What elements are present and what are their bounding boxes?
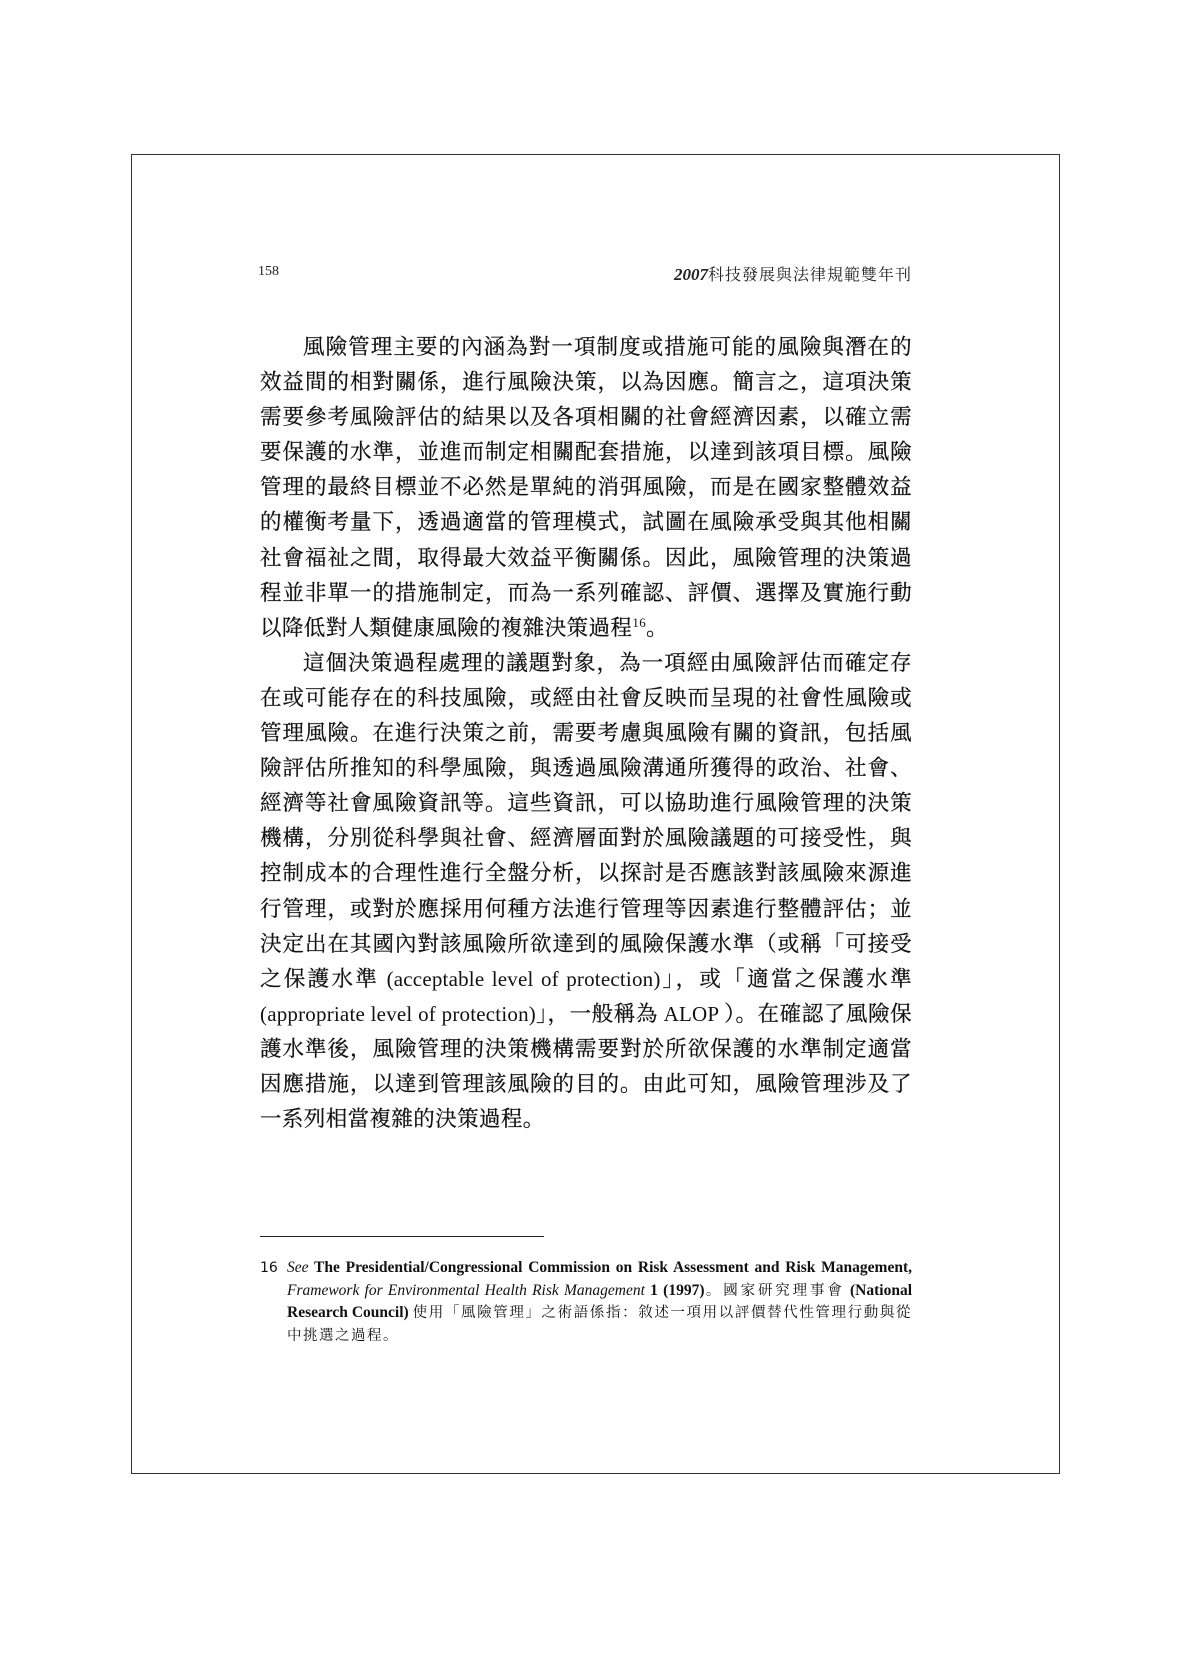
footnote-16: 16 See The Presidential/Congressional Co…: [260, 1257, 912, 1347]
paragraph-1-text: 風險管理主要的內涵為對一項制度或措施可能的風險與潛在的效益間的相對關係，進行風險…: [260, 335, 912, 641]
paragraph-2-latin1: (acceptable level of protection): [379, 967, 660, 991]
running-header: 158 2007科技發展與法律規範雙年刊: [258, 264, 912, 288]
paragraph-2: 這個決策過程處理的議題對象，為一項經由風險評估而確定存在或可能存在的科技風險，或…: [260, 646, 912, 1137]
footnote-signal: See: [287, 1259, 309, 1276]
body-text: 風險管理主要的內涵為對一項制度或措施可能的風險與潛在的效益間的相對關係，進行風險…: [260, 330, 912, 1137]
footnote-pin-cite: 1 (1997): [645, 1282, 705, 1299]
paragraph-2-latin2: (appropriate level of protection): [260, 1002, 536, 1026]
footnote-source-title: Framework for Environmental Health Risk …: [287, 1282, 645, 1299]
paragraph-1-end: 。: [646, 616, 668, 641]
paragraph-2-seg3: 」，一般稱為: [536, 1002, 658, 1027]
footnote-body: See The Presidential/Congressional Commi…: [287, 1257, 912, 1347]
journal-title: 2007科技發展與法律規範雙年刊: [674, 262, 912, 285]
journal-title-text: 科技發展與法律規範雙年刊: [708, 265, 912, 284]
paragraph-2-latin3: ALOP: [658, 1002, 724, 1026]
footnote-cjk-1: 。國家研究理事會: [705, 1283, 845, 1299]
footnote-authority: The Presidential/Congressional Commissio…: [309, 1259, 912, 1276]
footnote-number: 16: [260, 1257, 278, 1280]
page-number: 158: [258, 264, 279, 280]
footnote-reference[interactable]: 16: [632, 615, 646, 630]
paragraph-2-seg2: 」，或「適當之保護水準: [661, 967, 912, 992]
paragraph-2-seg1: 這個決策過程處理的議題對象，為一項經由風險評估而確定存在或可能存在的科技風險，或…: [260, 651, 912, 992]
footnote-separator: [260, 1236, 544, 1237]
paragraph-1: 風險管理主要的內涵為對一項制度或措施可能的風險與潛在的效益間的相對關係，進行風險…: [260, 330, 912, 646]
journal-year: 2007: [674, 265, 708, 284]
